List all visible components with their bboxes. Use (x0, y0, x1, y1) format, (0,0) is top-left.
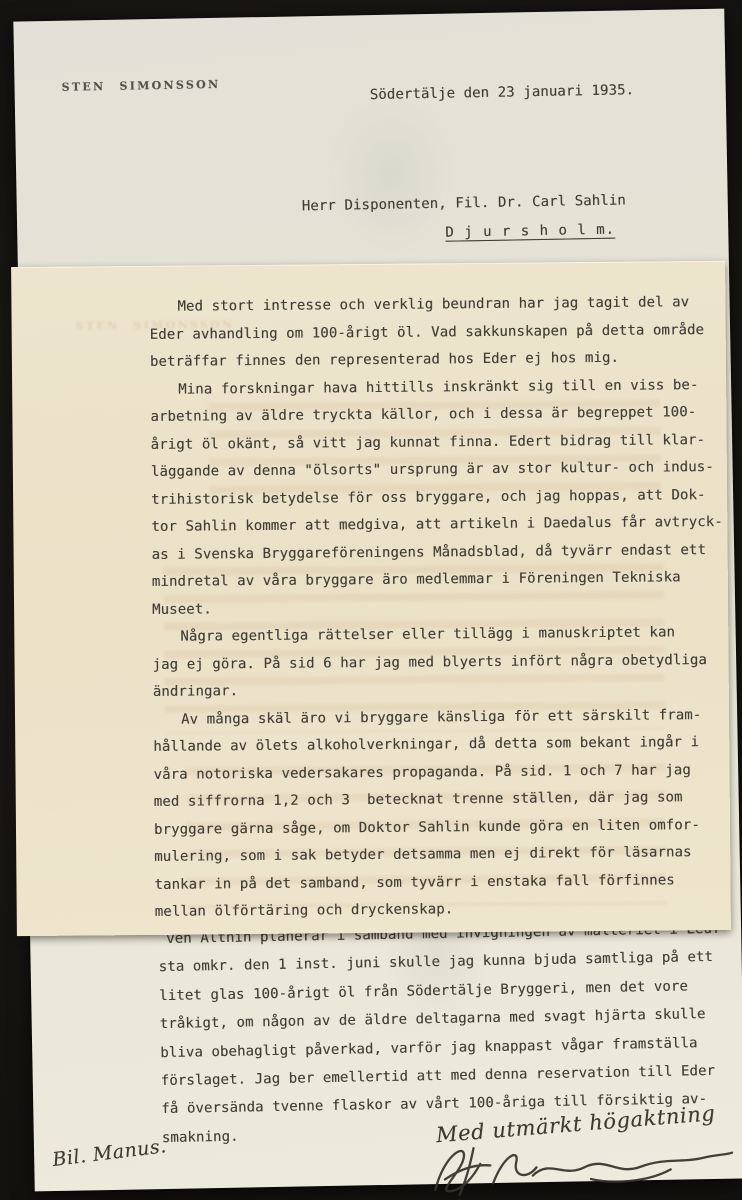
paragraph-4: Av många skäl äro vi bryggare känsliga f… (153, 701, 726, 926)
photo-background: STEN SIMONSSON Södertälje den 23 januari… (0, 0, 742, 1200)
letter-body: Med stort intresse och verklig beundran … (149, 289, 726, 926)
recipient-city-underlined: D j u r s h o l m. (445, 222, 615, 241)
paragraph-1: Med stort intresse och verklig beundran … (149, 289, 721, 376)
letterhead-name: STEN SIMONSSON (61, 78, 220, 94)
enclosure-note-handwritten: Bil. Manus. (51, 1135, 168, 1171)
paragraph-2: Mina forskningar hava hittills inskränkt… (150, 371, 724, 623)
signature-scrawl (419, 1126, 741, 1200)
paragraph-3: Några egentliga rättelser eller tillägg … (152, 619, 724, 706)
letter-page-overlay: STEN SIMONSSON Med stort intresse och ve… (11, 261, 731, 936)
signature-icon (419, 1126, 741, 1200)
dateline: Södertälje den 23 januari 1935. (370, 82, 635, 103)
